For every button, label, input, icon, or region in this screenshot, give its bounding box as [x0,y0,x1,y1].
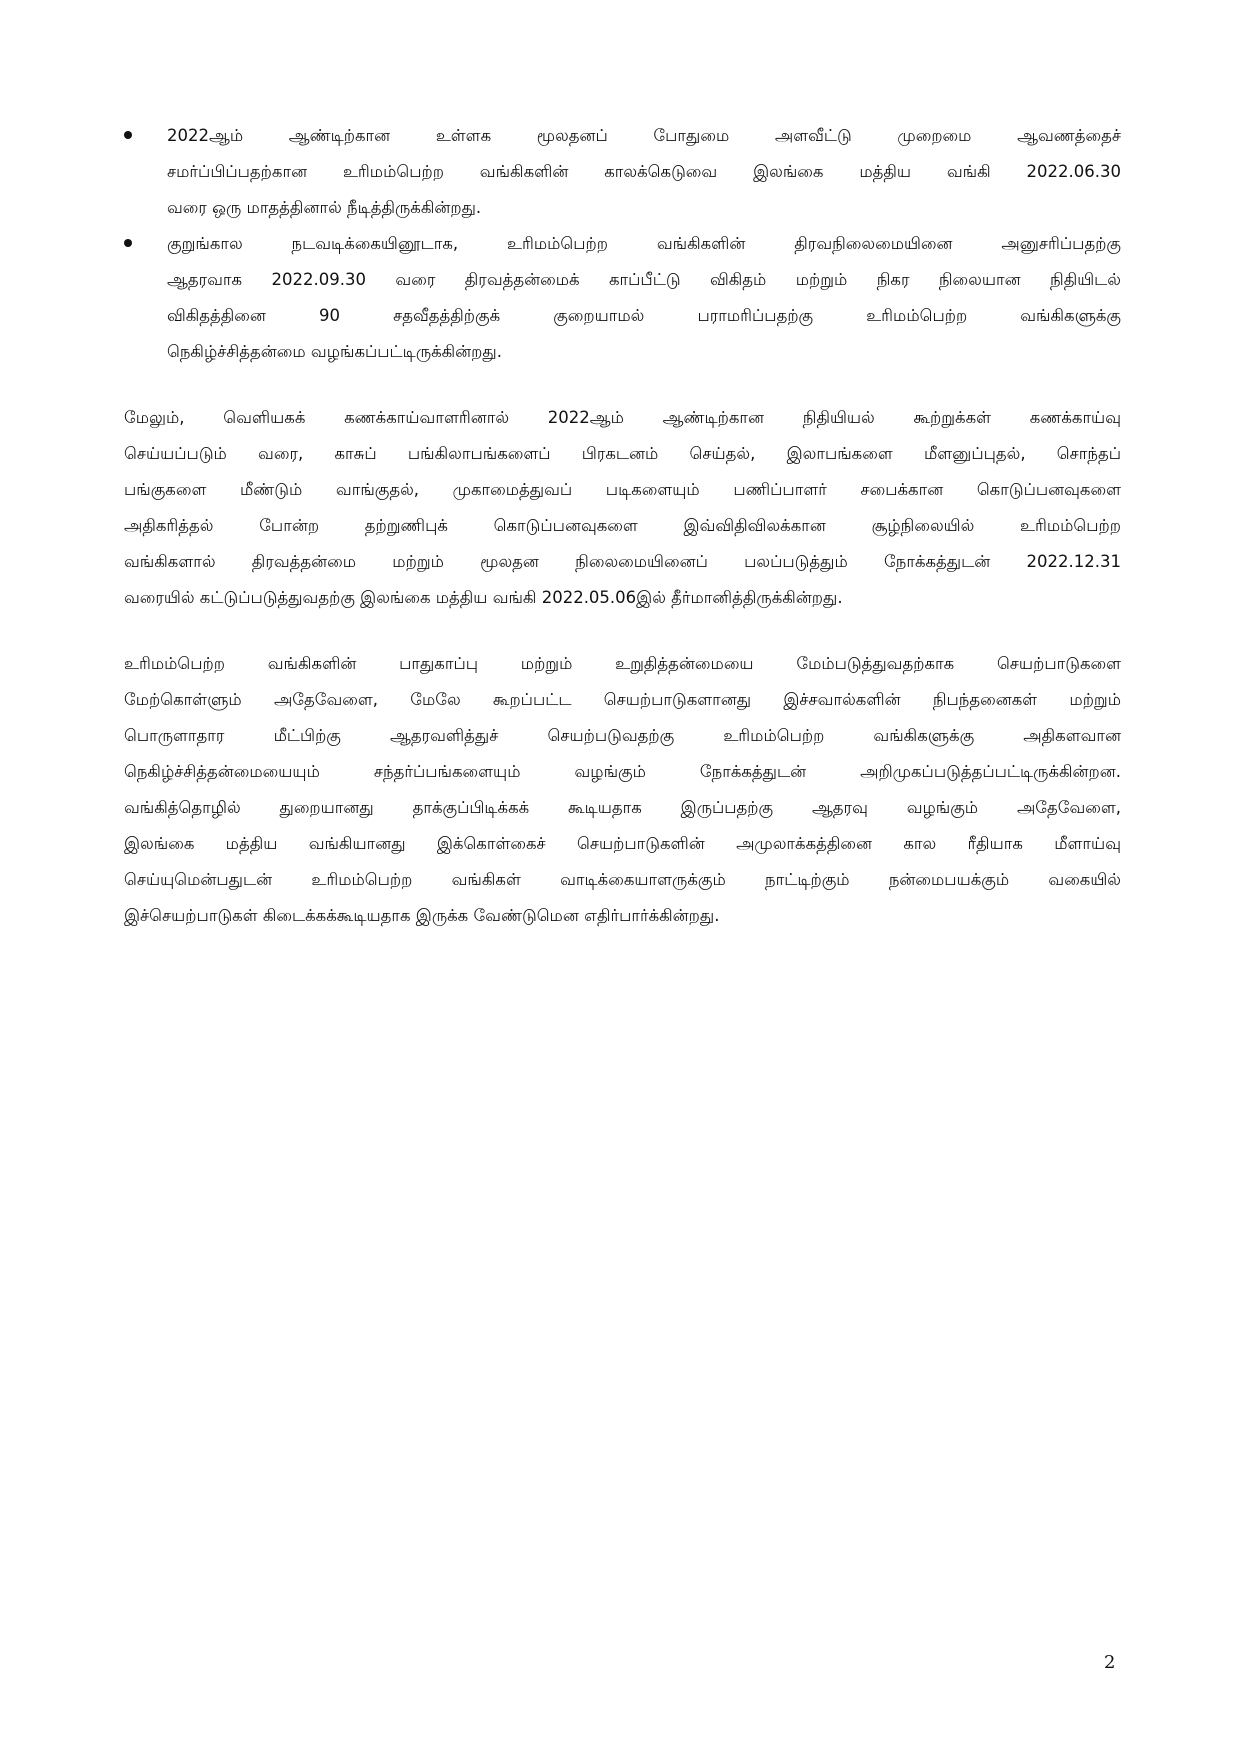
text-line: அதிகரித்தல் போன்ற தற்றுணிபுக் கொடுப்பனவு… [124,508,1121,544]
text-line: 2022ஆம் ஆண்டிற்கான உள்ளக மூலதனப் போதுமை … [167,118,1121,154]
text-line: நெகிழ்ச்சித்தன்மையையும் சந்தர்ப்பங்களையு… [124,754,1121,790]
text-line: செய்யுமென்பதுடன் உரிமம்பெற்ற வங்கிகள் வா… [124,862,1121,898]
text-line: வரையில் கட்டுப்படுத்துவதற்கு இலங்கை மத்த… [124,580,1121,616]
bullet-list: 2022ஆம் ஆண்டிற்கான உள்ளக மூலதனப் போதுமை … [124,118,1121,370]
text-line: மேலும், வெளியகக் கணக்காய்வாளரினால் 2022ஆ… [124,400,1121,436]
bullet-item-extension: 2022ஆம் ஆண்டிற்கான உள்ளக மூலதனப் போதுமை … [124,118,1121,226]
text-line: விகிதத்தினை 90 சதவீதத்திற்குக் குறையாமல்… [167,298,1121,334]
paragraph-dividend-restrictions: மேலும், வெளியகக் கணக்காய்வாளரினால் 2022ஆ… [124,400,1121,616]
text-line: உரிமம்பெற்ற வங்கிகளின் பாதுகாப்பு மற்றும… [124,646,1121,682]
text-line: குறுங்கால நடவடிக்கையினூடாக, உரிமம்பெற்ற … [167,226,1121,262]
bullet-icon [124,239,132,247]
text-line: சமர்ப்பிப்பதற்கான உரிமம்பெற்ற வங்கிகளின்… [167,154,1121,190]
page-number: 2 [1104,1652,1115,1673]
text-line: வரை ஒரு மாதத்தினால் நீடித்திருக்கின்றது. [167,190,1121,226]
text-line: பங்குகளை மீண்டும் வாங்குதல், முகாமைத்துவ… [124,472,1121,508]
text-line: இச்செயற்பாடுகள் கிடைக்கக்கூடியதாக இருக்க… [124,898,1121,934]
text-line: பொருளாதார மீட்பிற்கு ஆதரவளித்துச் செயற்ப… [124,718,1121,754]
text-line: நெகிழ்ச்சித்தன்மை வழங்கப்பட்டிருக்கின்றத… [167,334,1121,370]
bullet-item-liquidity: குறுங்கால நடவடிக்கையினூடாக, உரிமம்பெற்ற … [124,226,1121,370]
document-page: 2022ஆம் ஆண்டிற்கான உள்ளக மூலதனப் போதுமை … [124,118,1121,934]
text-line: இலங்கை மத்திய வங்கியானது இக்கொள்கைச் செய… [124,826,1121,862]
text-line: வங்கித்தொழில் துறையானது தாக்குப்பிடிக்கக… [124,790,1121,826]
bullet-icon [124,131,132,139]
text-line: ஆதரவாக 2022.09.30 வரை திரவத்தன்மைக் காப்… [167,262,1121,298]
text-line: வங்கிகளால் திரவத்தன்மை மற்றும் மூலதன நில… [124,544,1121,580]
text-line: மேற்கொள்ளும் அதேவேளை, மேலே கூறப்பட்ட செய… [124,682,1121,718]
text-line: செய்யப்படும் வரை, காசுப் பங்கிலாபங்களைப்… [124,436,1121,472]
paragraph-conclusion: உரிமம்பெற்ற வங்கிகளின் பாதுகாப்பு மற்றும… [124,646,1121,934]
